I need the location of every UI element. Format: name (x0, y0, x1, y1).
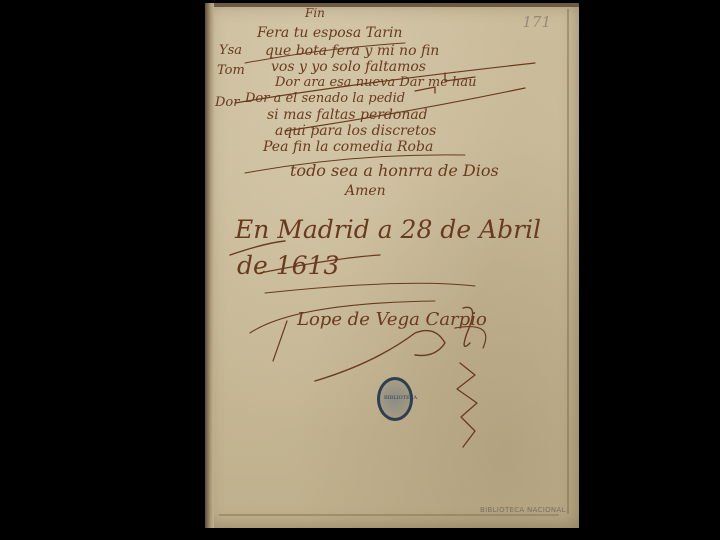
library-stamp: BIBLIOTECA NACIONAL (480, 506, 566, 514)
ink-flourishes (205, 3, 579, 528)
seal-text: BIBLIOTECA (384, 395, 412, 401)
manuscript-page: 171 Ysa Tom Dor Fin Fera tu esposa Tarin… (205, 3, 579, 528)
flourish (245, 43, 405, 63)
library-seal: BIBLIOTECA (377, 377, 413, 421)
